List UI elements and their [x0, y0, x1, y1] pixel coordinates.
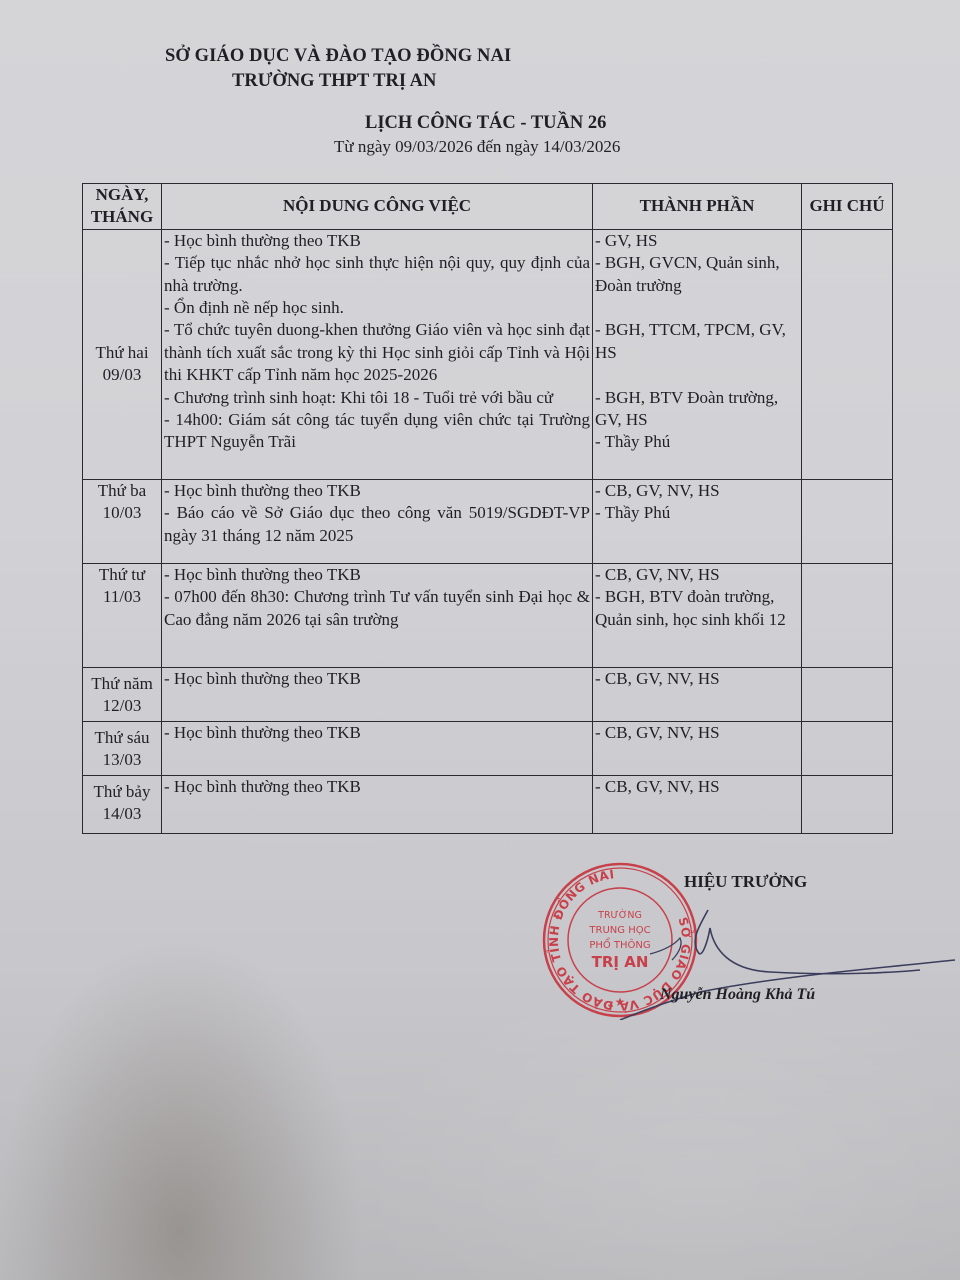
task-item: - Học bình thường theo TKB: [164, 668, 590, 690]
task-item: - Ổn định nề nếp học sinh.: [164, 297, 590, 319]
member-item: - CB, GV, NV, HS: [595, 776, 799, 798]
task-item: - Báo cáo về Sở Giáo dục theo công văn 5…: [164, 502, 590, 547]
date-range: Từ ngày 09/03/2026 đến ngày 14/03/2026: [334, 137, 620, 157]
table-row: Thứ tư11/03- Học bình thường theo TKB- 0…: [83, 563, 893, 667]
task-item: - Học bình thường theo TKB: [164, 776, 590, 798]
signer-name: Nguyễn Hoàng Khả Tú: [660, 986, 815, 1004]
member-item: - CB, GV, NV, HS: [595, 722, 799, 744]
weekday-label: Thứ bảy: [85, 781, 159, 803]
task-item: - 07h00 đến 8h30: Chương trình Tư vấn tu…: [164, 586, 590, 631]
task-item: - Tiếp tục nhắc nhở học sinh thực hiện n…: [164, 252, 590, 297]
note-cell: [802, 563, 893, 667]
weekday-label: Thứ ba: [85, 480, 159, 502]
task-item: - Học bình thường theo TKB: [164, 480, 590, 502]
task-item: - Học bình thường theo TKB: [164, 564, 590, 586]
task-item: - Học bình thường theo TKB: [164, 722, 590, 744]
content-cell: - Học bình thường theo TKB: [162, 667, 593, 721]
member-item: - Thầy Phú: [595, 431, 799, 453]
task-item: - Tổ chức tuyên duong-khen thưởng Giáo v…: [164, 319, 590, 386]
note-cell: [802, 479, 893, 563]
members-cell: - CB, GV, NV, HS: [593, 721, 802, 775]
date-label: 14/03: [85, 803, 159, 825]
table-header-row: NGÀY, THÁNG NỘI DUNG CÔNG VIỆC THÀNH PHẦ…: [83, 184, 893, 230]
member-item: - BGH, BTV đoàn trường, Quản sinh, học s…: [595, 586, 799, 631]
note-cell: [802, 667, 893, 721]
table-row: Thứ bảy14/03- Học bình thường theo TKB- …: [83, 775, 893, 833]
weekday-label: Thứ hai: [85, 342, 159, 364]
content-cell: - Học bình thường theo TKB: [162, 721, 593, 775]
day-cell: Thứ tư11/03: [83, 563, 162, 667]
member-item: - BGH, TTCM, TPCM, GV, HS: [595, 319, 799, 364]
schedule-body: Thứ hai09/03- Học bình thường theo TKB- …: [83, 229, 893, 833]
members-cell: - GV, HS- BGH, GVCN, Quản sinh, Đoàn trư…: [593, 229, 802, 479]
table-row: Thứ hai09/03- Học bình thường theo TKB- …: [83, 229, 893, 479]
table-row: Thứ sáu13/03- Học bình thường theo TKB- …: [83, 721, 893, 775]
organization-name: SỞ GIÁO DỤC VÀ ĐÀO TẠO ĐỒNG NAI: [165, 46, 511, 67]
content-cell: - Học bình thường theo TKB: [162, 775, 593, 833]
signature-title: HIỆU TRƯỞNG: [684, 872, 807, 892]
members-cell: - CB, GV, NV, HS- Thầy Phú: [593, 479, 802, 563]
content-cell: - Học bình thường theo TKB- Báo cáo về S…: [162, 479, 593, 563]
task-item: - Chương trình sinh hoạt: Khi tôi 18 - T…: [164, 387, 590, 409]
member-item: - BGH, GVCN, Quản sinh, Đoàn trường: [595, 252, 799, 297]
members-cell: - CB, GV, NV, HS: [593, 775, 802, 833]
date-label: 11/03: [85, 586, 159, 608]
school-name: TRƯỜNG THPT TRỊ AN: [232, 71, 436, 92]
content-cell: - Học bình thường theo TKB- 07h00 đến 8h…: [162, 563, 593, 667]
day-cell: Thứ sáu13/03: [83, 721, 162, 775]
column-header-members: THÀNH PHẦN: [593, 184, 802, 230]
weekday-label: Thứ năm: [85, 673, 159, 695]
date-label: 09/03: [85, 364, 159, 386]
task-item: - Học bình thường theo TKB: [164, 230, 590, 252]
column-header-content: NỘI DUNG CÔNG VIỆC: [162, 184, 593, 230]
day-cell: Thứ hai09/03: [83, 229, 162, 479]
task-item: - 14h00: Giám sát công tác tuyển dụng vi…: [164, 409, 590, 454]
members-cell: - CB, GV, NV, HS: [593, 667, 802, 721]
document-title: LỊCH CÔNG TÁC - TUẦN 26: [365, 113, 606, 134]
schedule-table: NGÀY, THÁNG NỘI DUNG CÔNG VIỆC THÀNH PHẦ…: [82, 183, 893, 834]
note-cell: [802, 775, 893, 833]
table-row: Thứ ba10/03- Học bình thường theo TKB- B…: [83, 479, 893, 563]
weekday-label: Thứ sáu: [85, 727, 159, 749]
weekday-label: Thứ tư: [85, 564, 159, 586]
day-cell: Thứ năm12/03: [83, 667, 162, 721]
note-cell: [802, 721, 893, 775]
member-item: - CB, GV, NV, HS: [595, 480, 799, 502]
member-item: - Thầy Phú: [595, 502, 799, 524]
member-item: - CB, GV, NV, HS: [595, 564, 799, 586]
day-cell: Thứ ba10/03: [83, 479, 162, 563]
column-header-note: GHI CHÚ: [802, 184, 893, 230]
member-item: [595, 297, 799, 319]
note-cell: [802, 229, 893, 479]
date-label: 10/03: [85, 502, 159, 524]
content-cell: - Học bình thường theo TKB- Tiếp tục nhắ…: [162, 229, 593, 479]
date-label: 12/03: [85, 695, 159, 717]
member-item: - GV, HS: [595, 230, 799, 252]
member-item: - BGH, BTV Đoàn trường, GV, HS: [595, 387, 799, 432]
members-cell: - CB, GV, NV, HS- BGH, BTV đoàn trường, …: [593, 563, 802, 667]
member-item: - CB, GV, NV, HS: [595, 668, 799, 690]
column-header-date: NGÀY, THÁNG: [83, 184, 162, 230]
member-item: [595, 364, 799, 386]
day-cell: Thứ bảy14/03: [83, 775, 162, 833]
table-row: Thứ năm12/03- Học bình thường theo TKB- …: [83, 667, 893, 721]
date-label: 13/03: [85, 749, 159, 771]
